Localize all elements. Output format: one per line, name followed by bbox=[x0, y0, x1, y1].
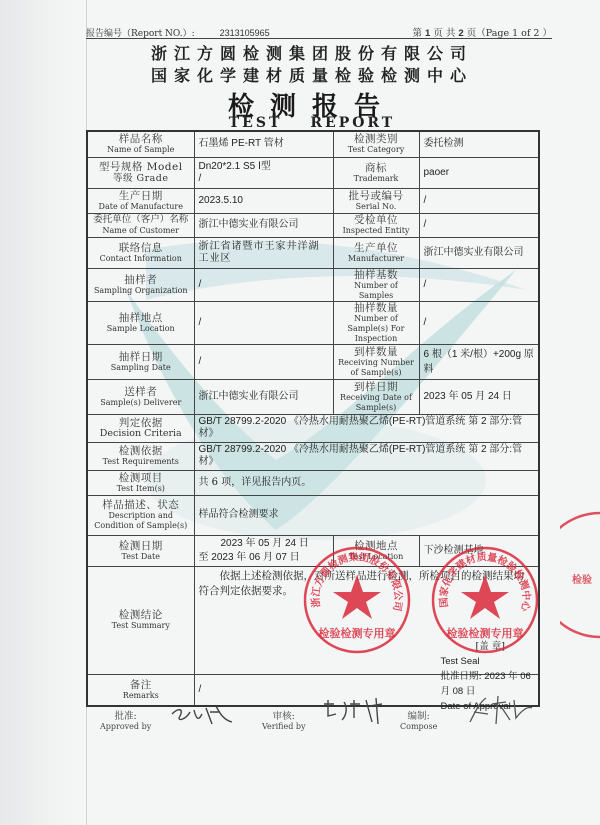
table-row: 委托单位（客户）名称Name of Customer 浙江中德实业有限公司 受检… bbox=[87, 213, 539, 237]
value-inspected-entity: / bbox=[419, 213, 539, 237]
label-deliverer: 送样者Sample(s) Deliverer bbox=[87, 379, 194, 414]
table-row: 样品描述、状态Description and Condition of Samp… bbox=[87, 495, 539, 535]
verifier-signature-icon bbox=[320, 694, 390, 728]
table-row: 检测日期Test Date 2023 年 05 月 24 日至 2023 年 0… bbox=[87, 535, 539, 566]
label-sample-name: 样品名称Name of Sample bbox=[87, 131, 194, 157]
value-deliverer: 浙江中德实业有限公司 bbox=[194, 379, 333, 414]
title-en-word-1: TEST bbox=[229, 115, 283, 131]
label-contact: 联络信息Contact Information bbox=[87, 237, 194, 268]
summary-text: 依据上述检测依据，对所送样品进行检测，所检项目的检测结果均符合判定依据要求。 bbox=[199, 567, 535, 599]
value-number-of-samples: / bbox=[419, 268, 539, 301]
value-trademark: paoer bbox=[419, 157, 539, 188]
seal-label-en: Test Seal bbox=[441, 654, 539, 669]
value-test-location: 下沙检测基地 bbox=[419, 535, 539, 566]
value-customer: 浙江中德实业有限公司 bbox=[194, 213, 333, 237]
table-row: 检测依据Test Requirements GB/T 28799.2-2020 … bbox=[87, 442, 539, 470]
label-receiving-date: 到样日期Receiving Date of Sample(s) bbox=[333, 379, 419, 414]
table-row: 联络信息Contact Information 浙江省诸暨市王家井洋湖工业区 生… bbox=[87, 237, 539, 268]
label-manufacturer: 生产单位Manufacturer bbox=[333, 237, 419, 268]
header-rule bbox=[86, 38, 552, 39]
value-receiving-date: 2023 年 05 月 24 日 bbox=[419, 379, 539, 414]
table-row: 检测项目Test Item(s) 共 6 项，详见报告内页。 bbox=[87, 470, 539, 495]
table-row: 送样者Sample(s) Deliverer 浙江中德实业有限公司 到样日期Re… bbox=[87, 379, 539, 414]
value-description: 样品符合检测要求 bbox=[194, 495, 539, 535]
table-row: 抽样地点Sample Location / 抽样数量Number of Samp… bbox=[87, 301, 539, 344]
svg-text:检验: 检验 bbox=[572, 573, 592, 586]
label-customer: 委托单位（客户）名称Name of Customer bbox=[87, 213, 194, 237]
label-model: 型号规格 Model等级 Grade bbox=[87, 157, 194, 188]
value-manufacture-date: 2023.5.10 bbox=[194, 188, 333, 213]
title-en-word-2: REPORT bbox=[310, 115, 395, 131]
label-sample-location: 抽样地点Sample Location bbox=[87, 301, 194, 344]
value-manufacturer: 浙江中德实业有限公司 bbox=[419, 237, 539, 268]
value-test-items: 共 6 项，详见报告内页。 bbox=[194, 470, 539, 495]
approved-by: 批准:Approved by bbox=[100, 708, 151, 731]
table-row: 检测结论Test Summary 依据上述检测依据，对所送样品进行检测，所检项目… bbox=[87, 566, 539, 674]
label-decision-criteria: 判定依据Decision Criteria bbox=[87, 414, 194, 442]
label-description: 样品描述、状态Description and Condition of Samp… bbox=[87, 495, 194, 535]
org-name-2: 国家化学建材质量检验检测中心 bbox=[12, 63, 600, 86]
report-table: 样品名称Name of Sample 石墨烯 PE-RT 管材 检测类别Test… bbox=[86, 130, 540, 707]
value-test-date: 2023 年 05 月 24 日至 2023 年 06 月 07 日 bbox=[194, 535, 333, 566]
value-serial-no: / bbox=[419, 188, 539, 213]
label-sampling-org: 抽样者Sampling Organization bbox=[87, 268, 194, 301]
table-row: 判定依据Decision Criteria GB/T 28799.2-2020 … bbox=[87, 414, 539, 442]
value-receiving-number: 6 根（1 米/根）+200g 原料 bbox=[419, 344, 539, 379]
value-test-category: 委托检测 bbox=[419, 131, 539, 157]
value-decision-criteria: GB/T 28799.2-2020 《冷热水用耐热聚乙烯(PE-RT)管道系统 … bbox=[194, 414, 539, 442]
value-contact: 浙江省诸暨市王家井洋湖工业区 bbox=[194, 237, 333, 268]
label-receiving-number: 到样数量Receiving Number of Sample(s) bbox=[333, 344, 419, 379]
value-test-requirements: GB/T 28799.2-2020 《冷热水用耐热聚乙烯(PE-RT)管道系统 … bbox=[194, 442, 539, 470]
label-test-date: 检测日期Test Date bbox=[87, 535, 194, 566]
table-row: 样品名称Name of Sample 石墨烯 PE-RT 管材 检测类别Test… bbox=[87, 131, 539, 157]
value-sample-name: 石墨烯 PE-RT 管材 bbox=[194, 131, 333, 157]
composer-signature-icon bbox=[466, 692, 536, 728]
value-test-summary: 依据上述检测依据，对所送样品进行检测，所检项目的检测结果均符合判定依据要求。 [… bbox=[194, 566, 539, 674]
label-samples-for-inspection: 抽样数量Number of Sample(s) For Inspection bbox=[333, 301, 419, 344]
label-test-requirements: 检测依据Test Requirements bbox=[87, 442, 194, 470]
table-row: 生产日期Date of Manufacture 2023.5.10 批号或编号S… bbox=[87, 188, 539, 213]
label-number-of-samples: 抽样基数Number of Samples bbox=[333, 268, 419, 301]
verified-by: 审核:Verified by bbox=[262, 708, 306, 731]
composed-by: 编制:Compose bbox=[400, 708, 437, 731]
value-model: Dn20*2.1 S5 Ⅰ型/ bbox=[194, 157, 333, 188]
label-test-items: 检测项目Test Item(s) bbox=[87, 470, 194, 495]
org-name-1: 浙江方圆检测集团股份有限公司 bbox=[12, 41, 600, 64]
label-test-summary: 检测结论Test Summary bbox=[87, 566, 194, 674]
value-sampling-org: / bbox=[194, 268, 333, 301]
table-row: 抽样者Sampling Organization / 抽样基数Number of… bbox=[87, 268, 539, 301]
value-samples-for-inspection: / bbox=[419, 301, 539, 344]
table-row: 抽样日期Sampling Date / 到样数量Receiving Number… bbox=[87, 344, 539, 379]
label-sampling-date: 抽样日期Sampling Date bbox=[87, 344, 194, 379]
label-test-category: 检测类别Test Category bbox=[333, 131, 419, 157]
value-sampling-date: / bbox=[194, 344, 333, 379]
seal-label-cn: [盖 章] bbox=[441, 639, 539, 654]
label-manufacture-date: 生产日期Date of Manufacture bbox=[87, 188, 194, 213]
report-no-value: 2313105965 bbox=[220, 28, 270, 38]
page-info: 第 1 页 共 2 页（Page 1 of 2 ） bbox=[412, 25, 552, 39]
seam-seal-stamp: 检验 bbox=[560, 505, 600, 645]
table-row: 型号规格 Model等级 Grade Dn20*2.1 S5 Ⅰ型/ 商标Tra… bbox=[87, 157, 539, 188]
value-sample-location: / bbox=[194, 301, 333, 344]
approver-signature-icon bbox=[168, 700, 238, 730]
report-title-en: TESTREPORT bbox=[12, 115, 600, 131]
label-trademark: 商标Trademark bbox=[333, 157, 419, 188]
label-inspected-entity: 受检单位Inspected Entity bbox=[333, 213, 419, 237]
label-serial-no: 批号或编号Serial No. bbox=[333, 188, 419, 213]
signature-row: 批准:Approved by 审核:Verified by 编制:Compose bbox=[0, 700, 600, 740]
label-test-location: 检测地点Test Location bbox=[333, 535, 419, 566]
